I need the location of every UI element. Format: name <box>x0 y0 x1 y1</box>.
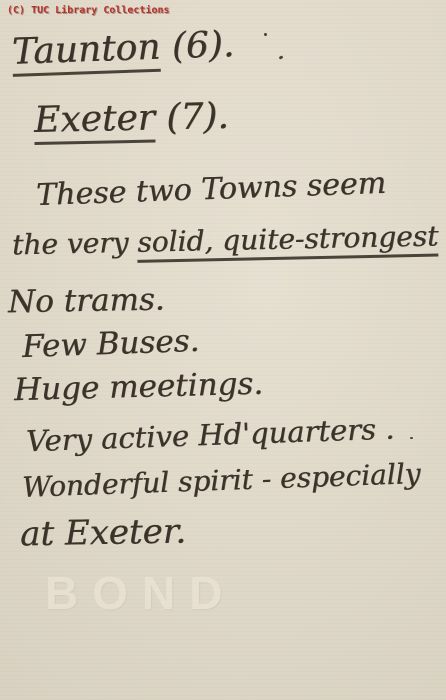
scanned-manuscript-page: (C) TUC Library Collections Taunton (6).… <box>0 0 446 700</box>
underlined-word: Exeter <box>34 98 156 146</box>
line-text: the very <box>12 226 138 262</box>
handwritten-line: Exeter (7). <box>34 96 230 141</box>
line-text: (7). <box>154 96 229 139</box>
line-text: Few Buses. <box>21 323 199 365</box>
line-text: Very active Hd'quarters . <box>26 412 395 459</box>
line-text: Wonderful spirit - especially <box>22 457 421 504</box>
line-text: at Exeter. <box>20 512 187 555</box>
handwritten-line: Few Buses. <box>21 323 199 365</box>
copyright-watermark: (C) TUC Library Collections <box>7 5 170 16</box>
line-text: No trams. <box>8 282 165 321</box>
handwritten-line: the very solid, quite-strongest <box>12 220 439 262</box>
line-text: Huge meetings. <box>14 366 264 409</box>
handwritten-line: No trams. <box>8 282 165 321</box>
ink-speck <box>279 55 284 60</box>
underlined-word: Taunton <box>11 27 161 77</box>
line-text: These two Towns seem <box>35 166 386 213</box>
handwritten-line: Wonderful spirit - especially <box>22 457 421 504</box>
handwritten-line: at Exeter. <box>20 512 187 555</box>
paper-bond-watermark: BOND <box>45 566 236 620</box>
ink-speck <box>410 437 413 439</box>
handwritten-line: Huge meetings. <box>14 366 264 409</box>
line-text: (6). <box>160 24 235 68</box>
handwritten-line: Taunton (6). <box>11 24 235 73</box>
handwritten-line: These two Towns seem <box>35 166 386 213</box>
ink-speck <box>263 32 267 36</box>
handwritten-line: Very active Hd'quarters . <box>26 412 395 459</box>
underlined-phrase: solid, quite-strongest <box>137 220 439 263</box>
